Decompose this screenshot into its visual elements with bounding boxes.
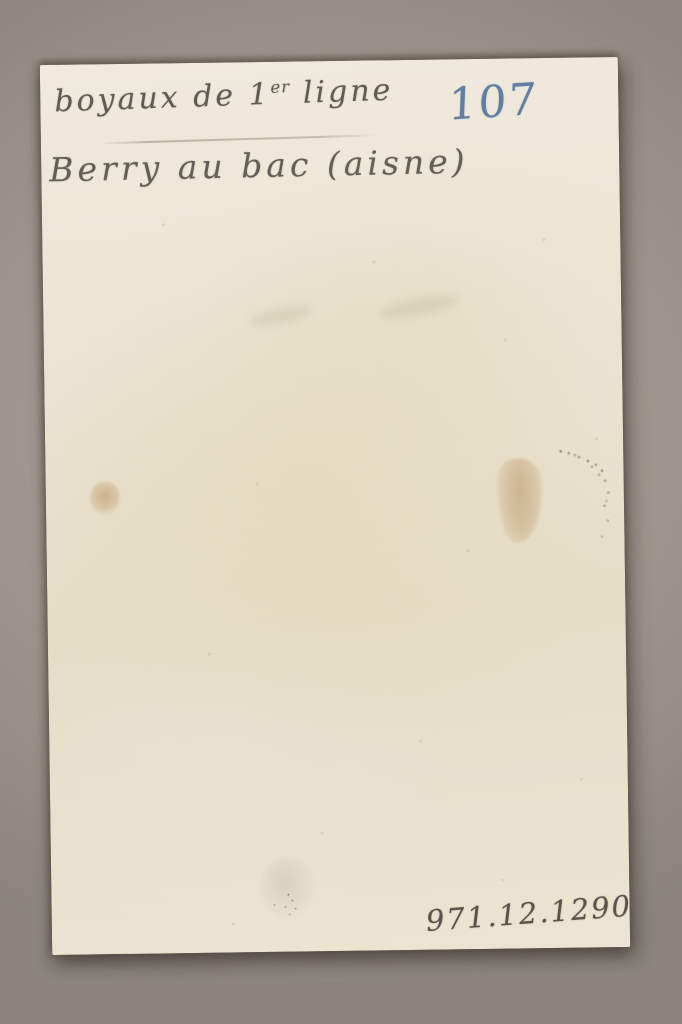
photograph-backdrop: boyaux de 1er ligne 107 Berry au bac (ai…	[0, 0, 682, 1024]
caption-line1-pre: boyaux de 1	[54, 77, 272, 120]
inventory-number: 971.12.1290	[425, 889, 633, 938]
smudge-center-left	[248, 301, 314, 331]
stain-left-blot	[90, 481, 120, 515]
stain-right-teardrop	[496, 458, 543, 543]
caption-line2: Berry au bac (aisne)	[49, 142, 469, 190]
smudge-bottom-speckles	[287, 894, 289, 896]
paper-freckles	[162, 223, 165, 226]
speckles-right-edge	[559, 450, 562, 453]
pencil-underline	[99, 134, 377, 144]
caption-line1-superscript: er	[270, 77, 290, 97]
smudge-center-right	[378, 290, 460, 323]
caption-line1-post: ligne	[290, 73, 394, 112]
caption-line1: boyaux de 1er ligne	[54, 73, 394, 120]
blue-number: 107	[447, 74, 539, 131]
photo-verso-card: boyaux de 1er ligne 107 Berry au bac (ai…	[40, 57, 630, 955]
smudge-bottom	[259, 857, 318, 920]
